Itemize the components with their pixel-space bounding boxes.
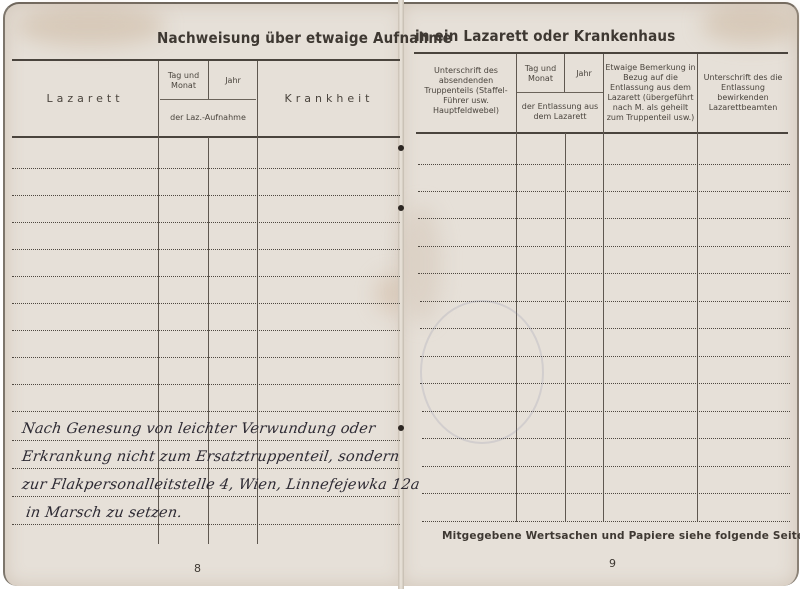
column-header-unterschrift-absendend: Unterschrift des absendenden Truppenteil…	[416, 60, 516, 122]
column-header-lazarett: Lazarett	[12, 61, 158, 136]
row-line	[12, 411, 400, 412]
row-line	[12, 195, 400, 196]
header-bottom-rule	[12, 136, 400, 138]
row-line	[422, 466, 790, 467]
paper-stain	[701, 4, 800, 44]
row-line	[12, 276, 400, 277]
open-paybook: Nachweisung über etwaige Aufnahme in ein…	[0, 0, 800, 589]
row-line	[418, 246, 790, 247]
column-header-laz-aufnahme: der Laz.-Aufnahme	[159, 100, 257, 136]
column-header-jahr: Jahr	[565, 57, 603, 91]
row-line	[12, 222, 400, 223]
row-line	[12, 524, 400, 525]
staple-icon	[398, 425, 404, 431]
handwritten-line-1: Nach Genesung von leichter Verwundung od…	[21, 421, 376, 437]
row-line	[12, 303, 400, 304]
paper-stain	[401, 204, 441, 324]
staple-icon	[398, 205, 404, 211]
row-line	[12, 249, 400, 250]
faint-stamp-icon	[420, 300, 544, 444]
column-divider	[603, 54, 604, 522]
page-number-right: 9	[609, 557, 616, 570]
row-line	[12, 357, 400, 358]
title-left: Nachweisung über etwaige Aufnahme	[157, 29, 452, 47]
column-header-unterschrift-entlassung: Unterschrift des die Entlassung bewirken…	[699, 58, 787, 128]
footer-note: Mitgegebene Wertsachen und Papiere siehe…	[442, 530, 800, 542]
header-bottom-rule	[416, 132, 788, 134]
page-number-left: 8	[194, 562, 201, 575]
row-line	[418, 164, 790, 165]
header-top-rule	[414, 52, 788, 54]
paper-stain	[15, 6, 165, 46]
column-header-krankheit: Krankheit	[258, 61, 400, 136]
row-line	[12, 384, 400, 385]
title-right: in ein Lazarett oder Krankenhaus	[415, 27, 675, 45]
column-header-entlassung: der Entlassung aus dem Lazarett	[517, 93, 603, 131]
row-line	[422, 493, 790, 494]
column-header-bemerkung: Etwaige Bemerkung in Bezug auf die Entla…	[605, 56, 696, 130]
column-header-tag-und-monat: Tag und Monat	[159, 63, 208, 99]
column-header-jahr: Jahr	[209, 63, 257, 99]
column-divider	[697, 54, 698, 522]
row-line	[418, 273, 790, 274]
row-line	[12, 496, 400, 497]
row-line	[12, 468, 400, 469]
row-line	[418, 218, 790, 219]
row-line	[12, 168, 400, 169]
column-header-tag-und-monat: Tag und Monat	[517, 57, 564, 91]
handwritten-line-3: zur Flakpersonalleitstelle 4, Wien, Linn…	[21, 477, 421, 493]
row-line	[422, 521, 790, 522]
row-line	[12, 440, 400, 441]
row-line	[418, 191, 790, 192]
handwritten-line-2: Erkrankung nicht zum Ersatztruppenteil, …	[21, 449, 401, 465]
row-line	[12, 330, 400, 331]
handwritten-line-4: in Marsch zu setzen.	[25, 505, 183, 521]
staple-icon	[398, 145, 404, 151]
